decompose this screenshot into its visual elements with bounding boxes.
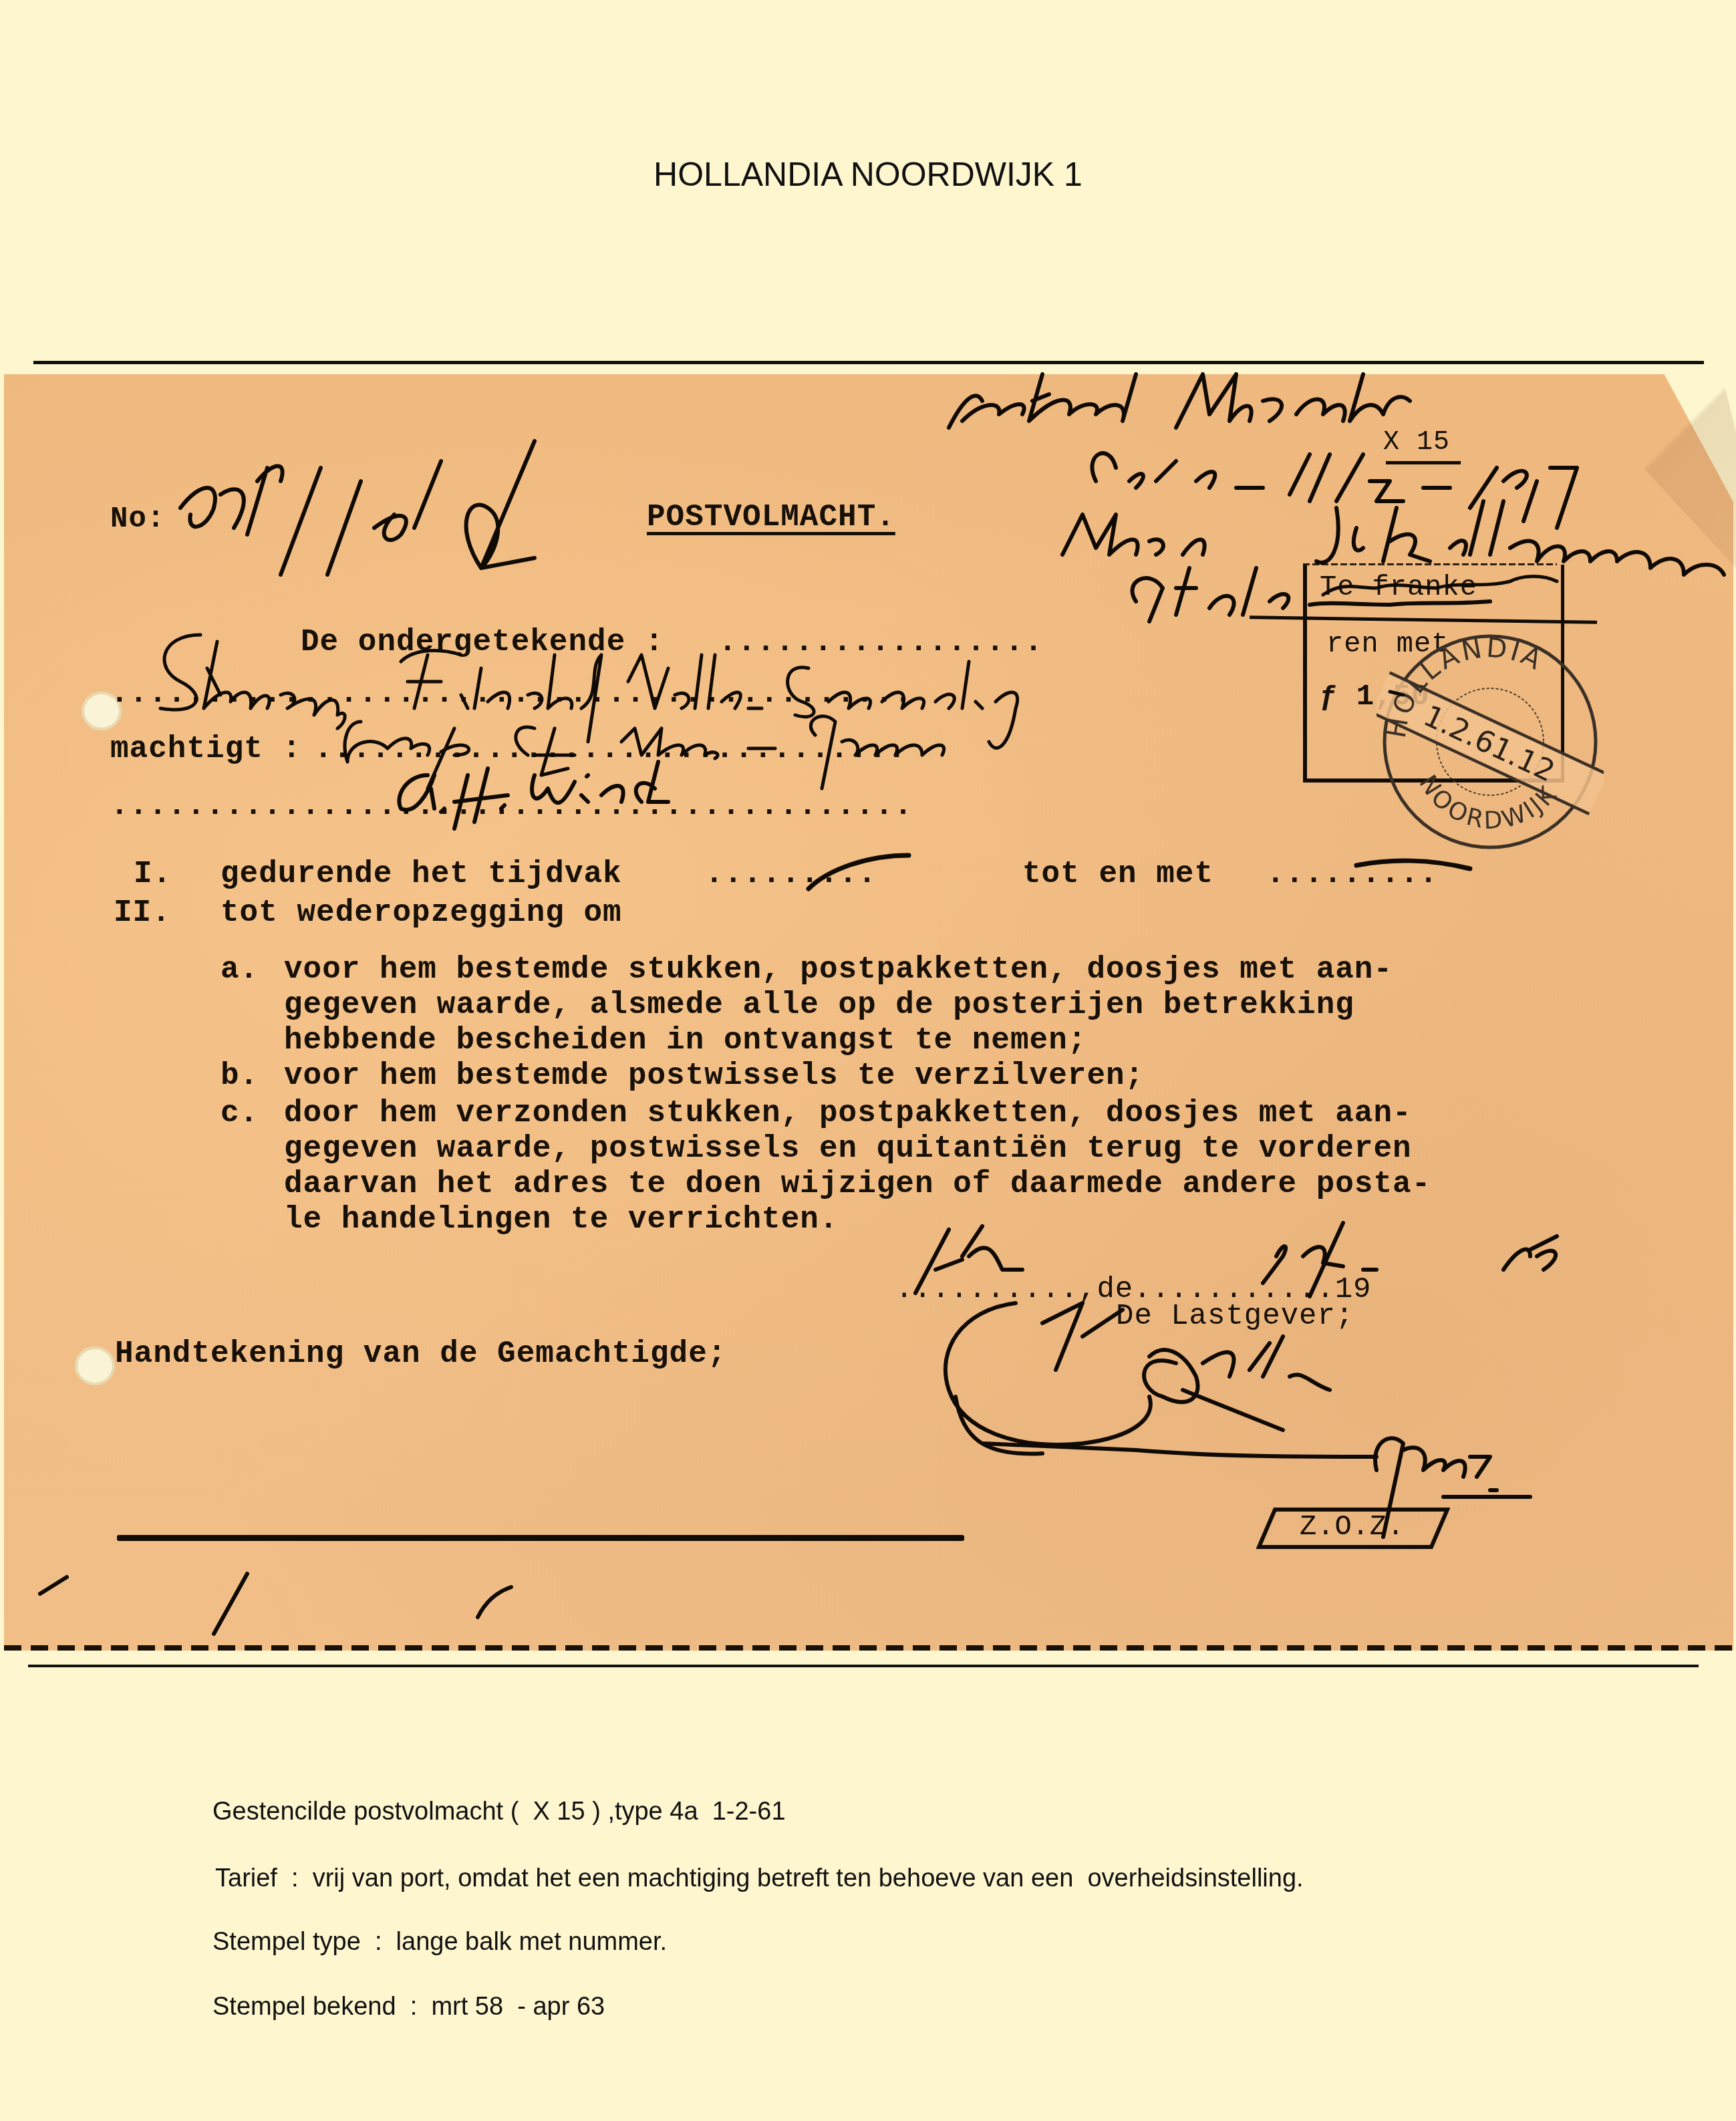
punch-hole-bottom [75,1347,115,1385]
postmark: 1.2.61.12 HOLLANDIA NOORDWIJK [1377,628,1604,855]
form-code-rule [1386,461,1461,464]
item-c-line-1: door hem verzonden stukken, postpakkette… [284,1096,1412,1131]
principal-dots-2: ........................................… [110,676,913,711]
agent-dots-2: ........................................… [110,789,913,823]
clause-2-number: II. [114,895,171,930]
principal-sign-label: De Lastgever; [1116,1300,1354,1333]
agent-sign-label: Handtekening van de Gemachtigde; [115,1336,726,1371]
caption-stamp-type: Stempel type : lange balk met nummer. [212,1928,667,1957]
zoz-label: Z.O.Z. [1300,1511,1405,1543]
clause-1-dots-2: ......... [1266,857,1438,891]
principal-label: De ondergetekende : [301,625,664,660]
form-title: POSTVOLMACHT. [647,500,895,535]
item-a-letter: a. [221,952,259,987]
item-a-line-2: gegeven waarde, alsmede alle op de poste… [284,988,1354,1022]
perforation-edge [4,1645,1733,1651]
caption-tariff: Tarief : vrij van port, omdat het een ma… [215,1864,1304,1893]
zoz-box: Z.O.Z. [1256,1507,1450,1550]
caption-stamp-known: Stempel bekend : mrt 58 - apr 63 [212,1993,605,2021]
item-a-line-1: voor hem bestemde stukken, postpakketten… [284,952,1393,987]
form-code: X 15 [1383,428,1450,458]
clause-2-text: tot wederopzegging om [221,895,622,930]
agent-signature-line [117,1535,964,1541]
item-c-line-2: gegeven waarde, postwissels en quitantië… [284,1131,1412,1166]
item-c-letter: c. [221,1096,259,1131]
principal-dots: ................. [718,625,1043,660]
franking-line-1: Te franke [1320,571,1477,603]
bottom-rule [28,1665,1699,1667]
top-rule [33,361,1704,364]
clause-1-dots: ......... [705,857,877,891]
item-b-line-1: voor hem bestemde postwissels te verzilv… [284,1058,1144,1093]
clause-1-text: gedurende het tijdvak [221,857,622,891]
agent-dots: ............................... [314,732,907,766]
authorizes-label: machtigt : [110,732,301,766]
page-title: HOLLANDIA NOORDWIJK 1 [0,155,1736,194]
item-c-line-4: le handelingen te verrichten. [284,1202,839,1237]
clause-1-sep: tot en met [1022,857,1213,891]
item-a-line-3: hebbende bescheiden in ontvangst te neme… [284,1023,1087,1058]
caption-type: Gestencilde postvolmacht ( X 15 ) ,type … [212,1798,786,1826]
number-label: No: [110,503,165,536]
clause-1-number: I. [134,857,172,891]
item-c-line-3: daarvan het adres te doen wijzigen of da… [284,1167,1431,1201]
postmark-circle-icon: 1.2.61.12 HOLLANDIA NOORDWIJK [1377,628,1604,855]
item-b-letter: b. [221,1058,259,1093]
